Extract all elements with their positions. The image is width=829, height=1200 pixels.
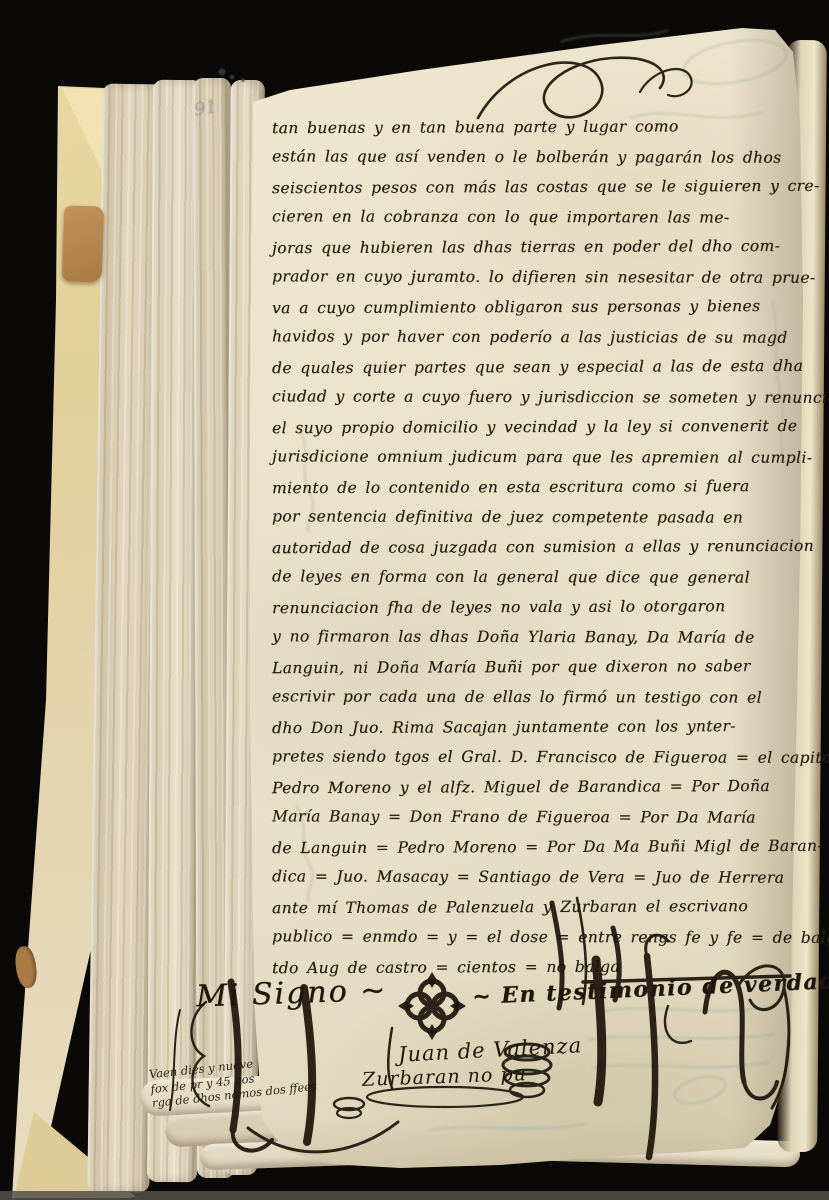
manuscript-line: seiscientos pesos con más las costas que… <box>272 171 796 203</box>
manuscript-line: dica = Juo. Masacay = Santiago de Vera =… <box>272 861 796 892</box>
manuscript-line: ciudad y corte a cuyo fuero y jurisdicci… <box>272 381 796 412</box>
manuscript-line: de quales quier partes que sean y especi… <box>272 351 796 383</box>
manuscript-line: va a cuyo cumplimiento obligaron sus per… <box>272 291 796 323</box>
ink-smudge <box>219 69 226 76</box>
bottom-scan-strip <box>0 1191 829 1200</box>
manuscript-line: están las que así venden o le bolberán y… <box>272 141 796 172</box>
manuscript-line: dho Don Juo. Rima Sacajan juntamente con… <box>272 711 796 743</box>
photo-background: { "scene": { "description": "Photograph … <box>0 0 829 1200</box>
manuscript-line: havidos y por haver con poderío a las ju… <box>272 321 796 352</box>
mi-signo-label: Mi Signo ~ <box>195 973 387 1015</box>
ghost-folio-number: 91 <box>193 97 219 121</box>
manuscript-line: joras que hubieren las dhas tierras en p… <box>272 231 796 263</box>
manuscript-line: autoridad de cosa juzgada con sumision a… <box>272 531 796 563</box>
manuscript-line: publico = enmdo = y = el dose = entre re… <box>272 921 796 952</box>
manuscript-line: jurisdicione omnium judicum para que les… <box>272 441 796 472</box>
leather-tab <box>62 205 105 282</box>
manuscript-line: ante mí Thomas de Palenzuela y Zurbaran … <box>272 891 796 923</box>
manuscript-line: pretes siendo tgos el Gral. D. Francisco… <box>272 741 796 772</box>
ink-smudge <box>230 75 235 80</box>
manuscript-line: Languin, ni Doña María Buñi por que dixe… <box>272 651 796 683</box>
manuscript-line: de Languin = Pedro Moreno = Por Da Ma Bu… <box>272 831 796 863</box>
manuscript-line: el suyo propio domicilio y vecindad y la… <box>272 411 796 443</box>
manuscript-line: miento de lo contenido en esta escritura… <box>272 471 796 503</box>
manuscript-line: de leyes en forma con la general que dic… <box>272 561 796 592</box>
manuscript-line: renunciacion fha de leyes no vala y asi … <box>272 591 796 623</box>
manuscript-line: María Banay = Don Frano de Figueroa = Po… <box>272 801 796 832</box>
manuscript-line: y no firmaron las dhas Doña Ylaria Banay… <box>272 621 796 652</box>
manuscript-line: cieren en la cobranza con lo que importa… <box>272 201 796 232</box>
manuscript-line: tan buenas y en tan buena parte y lugar … <box>272 111 796 143</box>
manuscript-body-text: tan buenas y en tan buena parte y lugar … <box>272 112 796 982</box>
manuscript-line: prador en cuyo juramto. lo difieren sin … <box>272 261 796 292</box>
manuscript-line: por sentencia definitiva de juez compete… <box>272 501 796 532</box>
manuscript-line: Pedro Moreno y el alfz. Miguel de Barand… <box>272 771 796 803</box>
manuscript-line: escrivir por cada una de ellas lo firmó … <box>272 681 796 712</box>
